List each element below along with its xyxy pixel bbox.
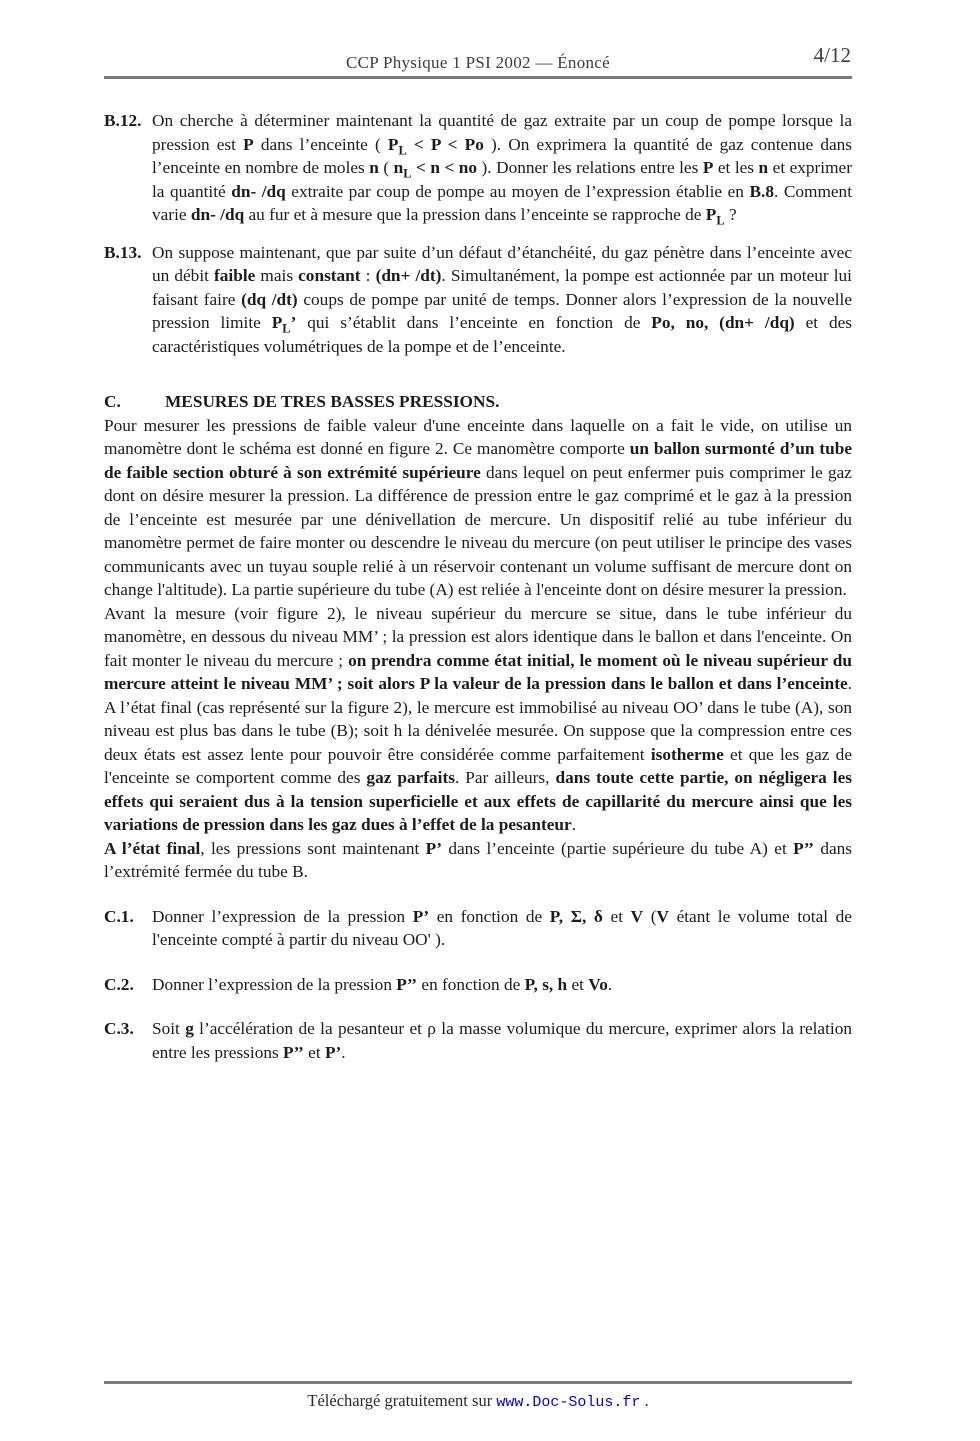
question-c1-label: C.1.	[104, 905, 152, 952]
footer-link[interactable]: www.Doc-Solus.fr	[496, 1394, 640, 1411]
question-b12-label: B.12.	[104, 109, 152, 227]
question-c2-text: Donner l’expression de la pression P’’ e…	[152, 973, 852, 997]
question-c3-text: Soit g l’accélération de la pesanteur et…	[152, 1017, 852, 1064]
question-c2: C.2. Donner l’expression de la pression …	[104, 973, 852, 997]
footer-suffix: .	[640, 1391, 648, 1410]
section-c-questions: C.1. Donner l’expression de la pression …	[104, 905, 852, 1065]
document-page: CCP Physique 1 PSI 2002 — Énoncé 4/12 B.…	[0, 0, 980, 1441]
question-c1-text: Donner l’expression de la pression P’ en…	[152, 905, 852, 952]
section-c-title: MESURES DE TRES BASSES PRESSIONS.	[165, 390, 852, 414]
question-b13: B.13. On suppose maintenant, que par sui…	[104, 241, 852, 359]
question-c2-label: C.2.	[104, 973, 152, 997]
question-b13-label: B.13.	[104, 241, 152, 359]
footer-prefix: Téléchargé gratuitement sur	[307, 1391, 496, 1410]
header-rule	[104, 76, 852, 79]
page-number: 4/12	[700, 44, 851, 68]
question-b13-text: On suppose maintenant, que par suite d’u…	[152, 241, 852, 359]
question-c1: C.1. Donner l’expression de la pression …	[104, 905, 852, 952]
document-body: B.12. On cherche à déterminer maintenant…	[104, 109, 852, 1085]
section-c-paragraph-3: A l’état final, les pressions sont maint…	[104, 837, 852, 884]
section-c-paragraph-1: Pour mesurer les pressions de faible val…	[104, 414, 852, 602]
question-b12-text: On cherche à déterminer maintenant la qu…	[152, 109, 852, 227]
section-c-heading: C. MESURES DE TRES BASSES PRESSIONS.	[104, 390, 852, 414]
question-c3: C.3. Soit g l’accélération de la pesante…	[104, 1017, 852, 1064]
footer-text: Téléchargé gratuitement sur www.Doc-Solu…	[104, 1389, 852, 1415]
section-c-label: C.	[104, 390, 165, 414]
section-c-paragraph-2: Avant la mesure (voir figure 2), le nive…	[104, 602, 852, 837]
question-c3-label: C.3.	[104, 1017, 152, 1064]
footer-rule	[104, 1381, 852, 1384]
question-b12: B.12. On cherche à déterminer maintenant…	[104, 109, 852, 227]
